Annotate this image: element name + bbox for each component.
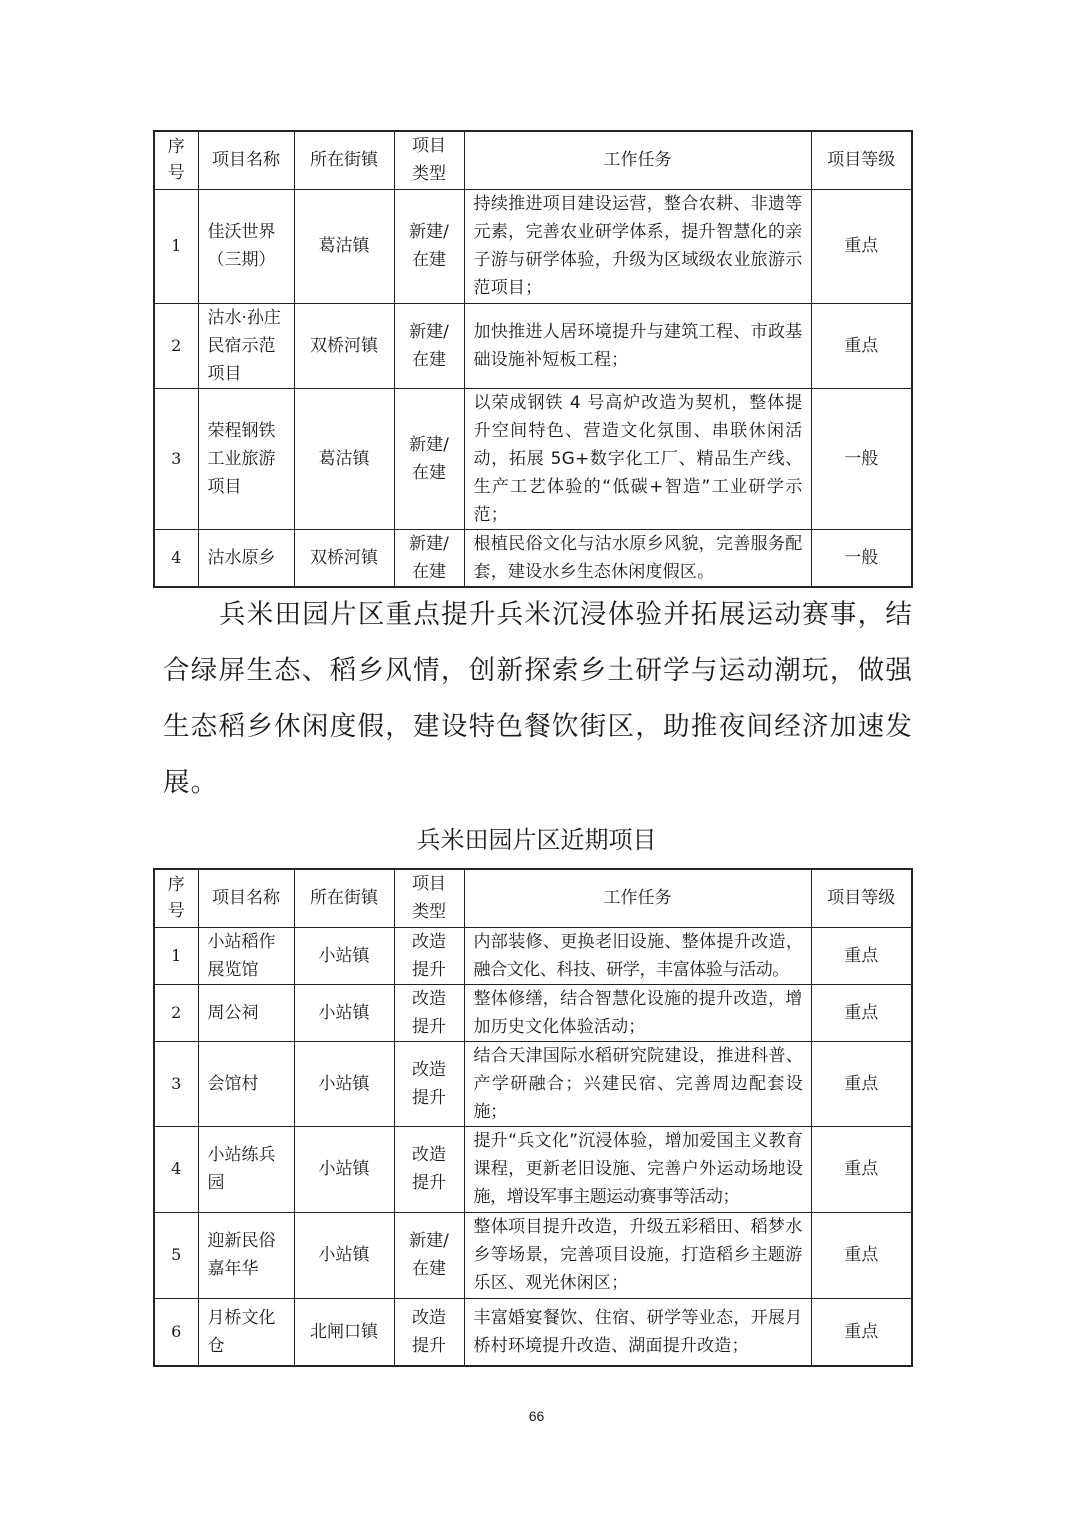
row-name: 荣程钢铁工业旅游项目: [198, 388, 294, 529]
row-town: 葛沽镇: [294, 189, 394, 303]
row-task: 丰富婚宴餐饮、住宿、研学等业态，开展月桥村环境提升改造、湖面提升改造；: [464, 1298, 811, 1366]
row-task: 整体项目提升改造，升级五彩稻田、稻梦水乡等场景，完善项目设施，打造稻乡主题游乐区…: [464, 1212, 811, 1298]
row-town: 小站镇: [294, 984, 394, 1041]
row-task: 提升“兵文化”沉浸体验，增加爱国主义教育课程，更新老旧设施、完善户外运动场地设施…: [464, 1126, 811, 1212]
row-level: 重点: [811, 1298, 912, 1366]
row-level: 一般: [811, 529, 912, 587]
row-level: 重点: [811, 1041, 912, 1126]
row-num: 1: [154, 927, 198, 984]
row-num: 2: [154, 303, 198, 388]
row-num: 5: [154, 1212, 198, 1298]
row-num: 4: [154, 529, 198, 587]
table-row: 3 会馆村 小站镇 改造提升 结合天津国际水稻研究院建设，推进科普、产学研融合；…: [154, 1041, 912, 1126]
row-type: 新建/在建: [394, 529, 464, 587]
table-header-row: 序号 项目名称 所在街镇 项目类型 工作任务 项目等级: [154, 131, 912, 189]
row-name: 迎新民俗嘉年华: [198, 1212, 294, 1298]
header-num: 序号: [154, 869, 198, 927]
row-name: 佳沃世界（三期）: [198, 189, 294, 303]
row-name: 小站练兵园: [198, 1126, 294, 1212]
body-paragraph: 兵米田园片区重点提升兵米沉浸体验并拓展运动赛事，结合绿屏生态、稻乡风情，创新探索…: [163, 587, 913, 811]
row-task: 整体修缮，结合智慧化设施的提升改造，增加历史文化体验活动；: [464, 984, 811, 1041]
row-type: 新建/在建: [394, 1212, 464, 1298]
row-town: 北闸口镇: [294, 1298, 394, 1366]
row-town: 葛沽镇: [294, 388, 394, 529]
header-name: 项目名称: [198, 131, 294, 189]
table-row: 4 小站练兵园 小站镇 改造提升 提升“兵文化”沉浸体验，增加爱国主义教育课程，…: [154, 1126, 912, 1212]
page-number: 66: [0, 1408, 1073, 1424]
header-type: 项目类型: [394, 131, 464, 189]
header-num: 序号: [154, 131, 198, 189]
row-type: 改造提升: [394, 1041, 464, 1126]
header-task: 工作任务: [464, 869, 811, 927]
row-num: 6: [154, 1298, 198, 1366]
header-town: 所在街镇: [294, 131, 394, 189]
header-type: 项目类型: [394, 869, 464, 927]
projects-table-1: 序号 项目名称 所在街镇 项目类型 工作任务 项目等级 1 佳沃世界（三期） 葛…: [153, 130, 913, 588]
row-type: 改造提升: [394, 927, 464, 984]
row-name: 沽水原乡: [198, 529, 294, 587]
header-name: 项目名称: [198, 869, 294, 927]
row-task: 根植民俗文化与沽水原乡风貌，完善服务配套，建设水乡生态休闲度假区。: [464, 529, 811, 587]
table-header-row: 序号 项目名称 所在街镇 项目类型 工作任务 项目等级: [154, 869, 912, 927]
table-row: 6 月桥文化仓 北闸口镇 改造提升 丰富婚宴餐饮、住宿、研学等业态，开展月桥村环…: [154, 1298, 912, 1366]
header-task: 工作任务: [464, 131, 811, 189]
row-task: 以荣成钢铁 4 号高炉改造为契机，整体提升空间特色、营造文化氛围、串联休闲活动，…: [464, 388, 811, 529]
header-level: 项目等级: [811, 869, 912, 927]
row-type: 改造提升: [394, 1298, 464, 1366]
row-num: 3: [154, 388, 198, 529]
row-name: 会馆村: [198, 1041, 294, 1126]
table-row: 5 迎新民俗嘉年华 小站镇 新建/在建 整体项目提升改造，升级五彩稻田、稻梦水乡…: [154, 1212, 912, 1298]
row-task: 结合天津国际水稻研究院建设，推进科普、产学研融合；兴建民宿、完善周边配套设施；: [464, 1041, 811, 1126]
row-level: 重点: [811, 927, 912, 984]
row-task: 内部装修、更换老旧设施、整体提升改造，融合文化、科技、研学，丰富体验与活动。: [464, 927, 811, 984]
row-name: 沽水·孙庄民宿示范项目: [198, 303, 294, 388]
row-num: 1: [154, 189, 198, 303]
row-name: 周公祠: [198, 984, 294, 1041]
row-num: 2: [154, 984, 198, 1041]
row-num: 4: [154, 1126, 198, 1212]
row-type: 改造提升: [394, 1126, 464, 1212]
row-name: 月桥文化仓: [198, 1298, 294, 1366]
table-row: 4 沽水原乡 双桥河镇 新建/在建 根植民俗文化与沽水原乡风貌，完善服务配套，建…: [154, 529, 912, 587]
row-town: 双桥河镇: [294, 303, 394, 388]
row-town: 小站镇: [294, 1041, 394, 1126]
row-task: 持续推进项目建设运营，整合农耕、非遗等元素，完善农业研学体系，提升智慧化的亲子游…: [464, 189, 811, 303]
row-town: 小站镇: [294, 1212, 394, 1298]
row-type: 改造提升: [394, 984, 464, 1041]
row-town: 小站镇: [294, 927, 394, 984]
header-town: 所在街镇: [294, 869, 394, 927]
header-level: 项目等级: [811, 131, 912, 189]
table-row: 2 周公祠 小站镇 改造提升 整体修缮，结合智慧化设施的提升改造，增加历史文化体…: [154, 984, 912, 1041]
row-level: 重点: [811, 189, 912, 303]
row-num: 3: [154, 1041, 198, 1126]
table-caption: 兵米田园片区近期项目: [0, 820, 1073, 860]
row-level: 重点: [811, 1126, 912, 1212]
row-type: 新建/在建: [394, 189, 464, 303]
row-task: 加快推进人居环境提升与建筑工程、市政基础设施补短板工程；: [464, 303, 811, 388]
table-row: 1 佳沃世界（三期） 葛沽镇 新建/在建 持续推进项目建设运营，整合农耕、非遗等…: [154, 189, 912, 303]
row-level: 一般: [811, 388, 912, 529]
table-row: 3 荣程钢铁工业旅游项目 葛沽镇 新建/在建 以荣成钢铁 4 号高炉改造为契机，…: [154, 388, 912, 529]
row-level: 重点: [811, 1212, 912, 1298]
row-type: 新建/在建: [394, 303, 464, 388]
row-town: 小站镇: [294, 1126, 394, 1212]
row-town: 双桥河镇: [294, 529, 394, 587]
row-type: 新建/在建: [394, 388, 464, 529]
table-row: 2 沽水·孙庄民宿示范项目 双桥河镇 新建/在建 加快推进人居环境提升与建筑工程…: [154, 303, 912, 388]
row-level: 重点: [811, 984, 912, 1041]
projects-table-2: 序号 项目名称 所在街镇 项目类型 工作任务 项目等级 1 小站稻作展览馆 小站…: [153, 868, 913, 1367]
row-name: 小站稻作展览馆: [198, 927, 294, 984]
table-row: 1 小站稻作展览馆 小站镇 改造提升 内部装修、更换老旧设施、整体提升改造，融合…: [154, 927, 912, 984]
row-level: 重点: [811, 303, 912, 388]
